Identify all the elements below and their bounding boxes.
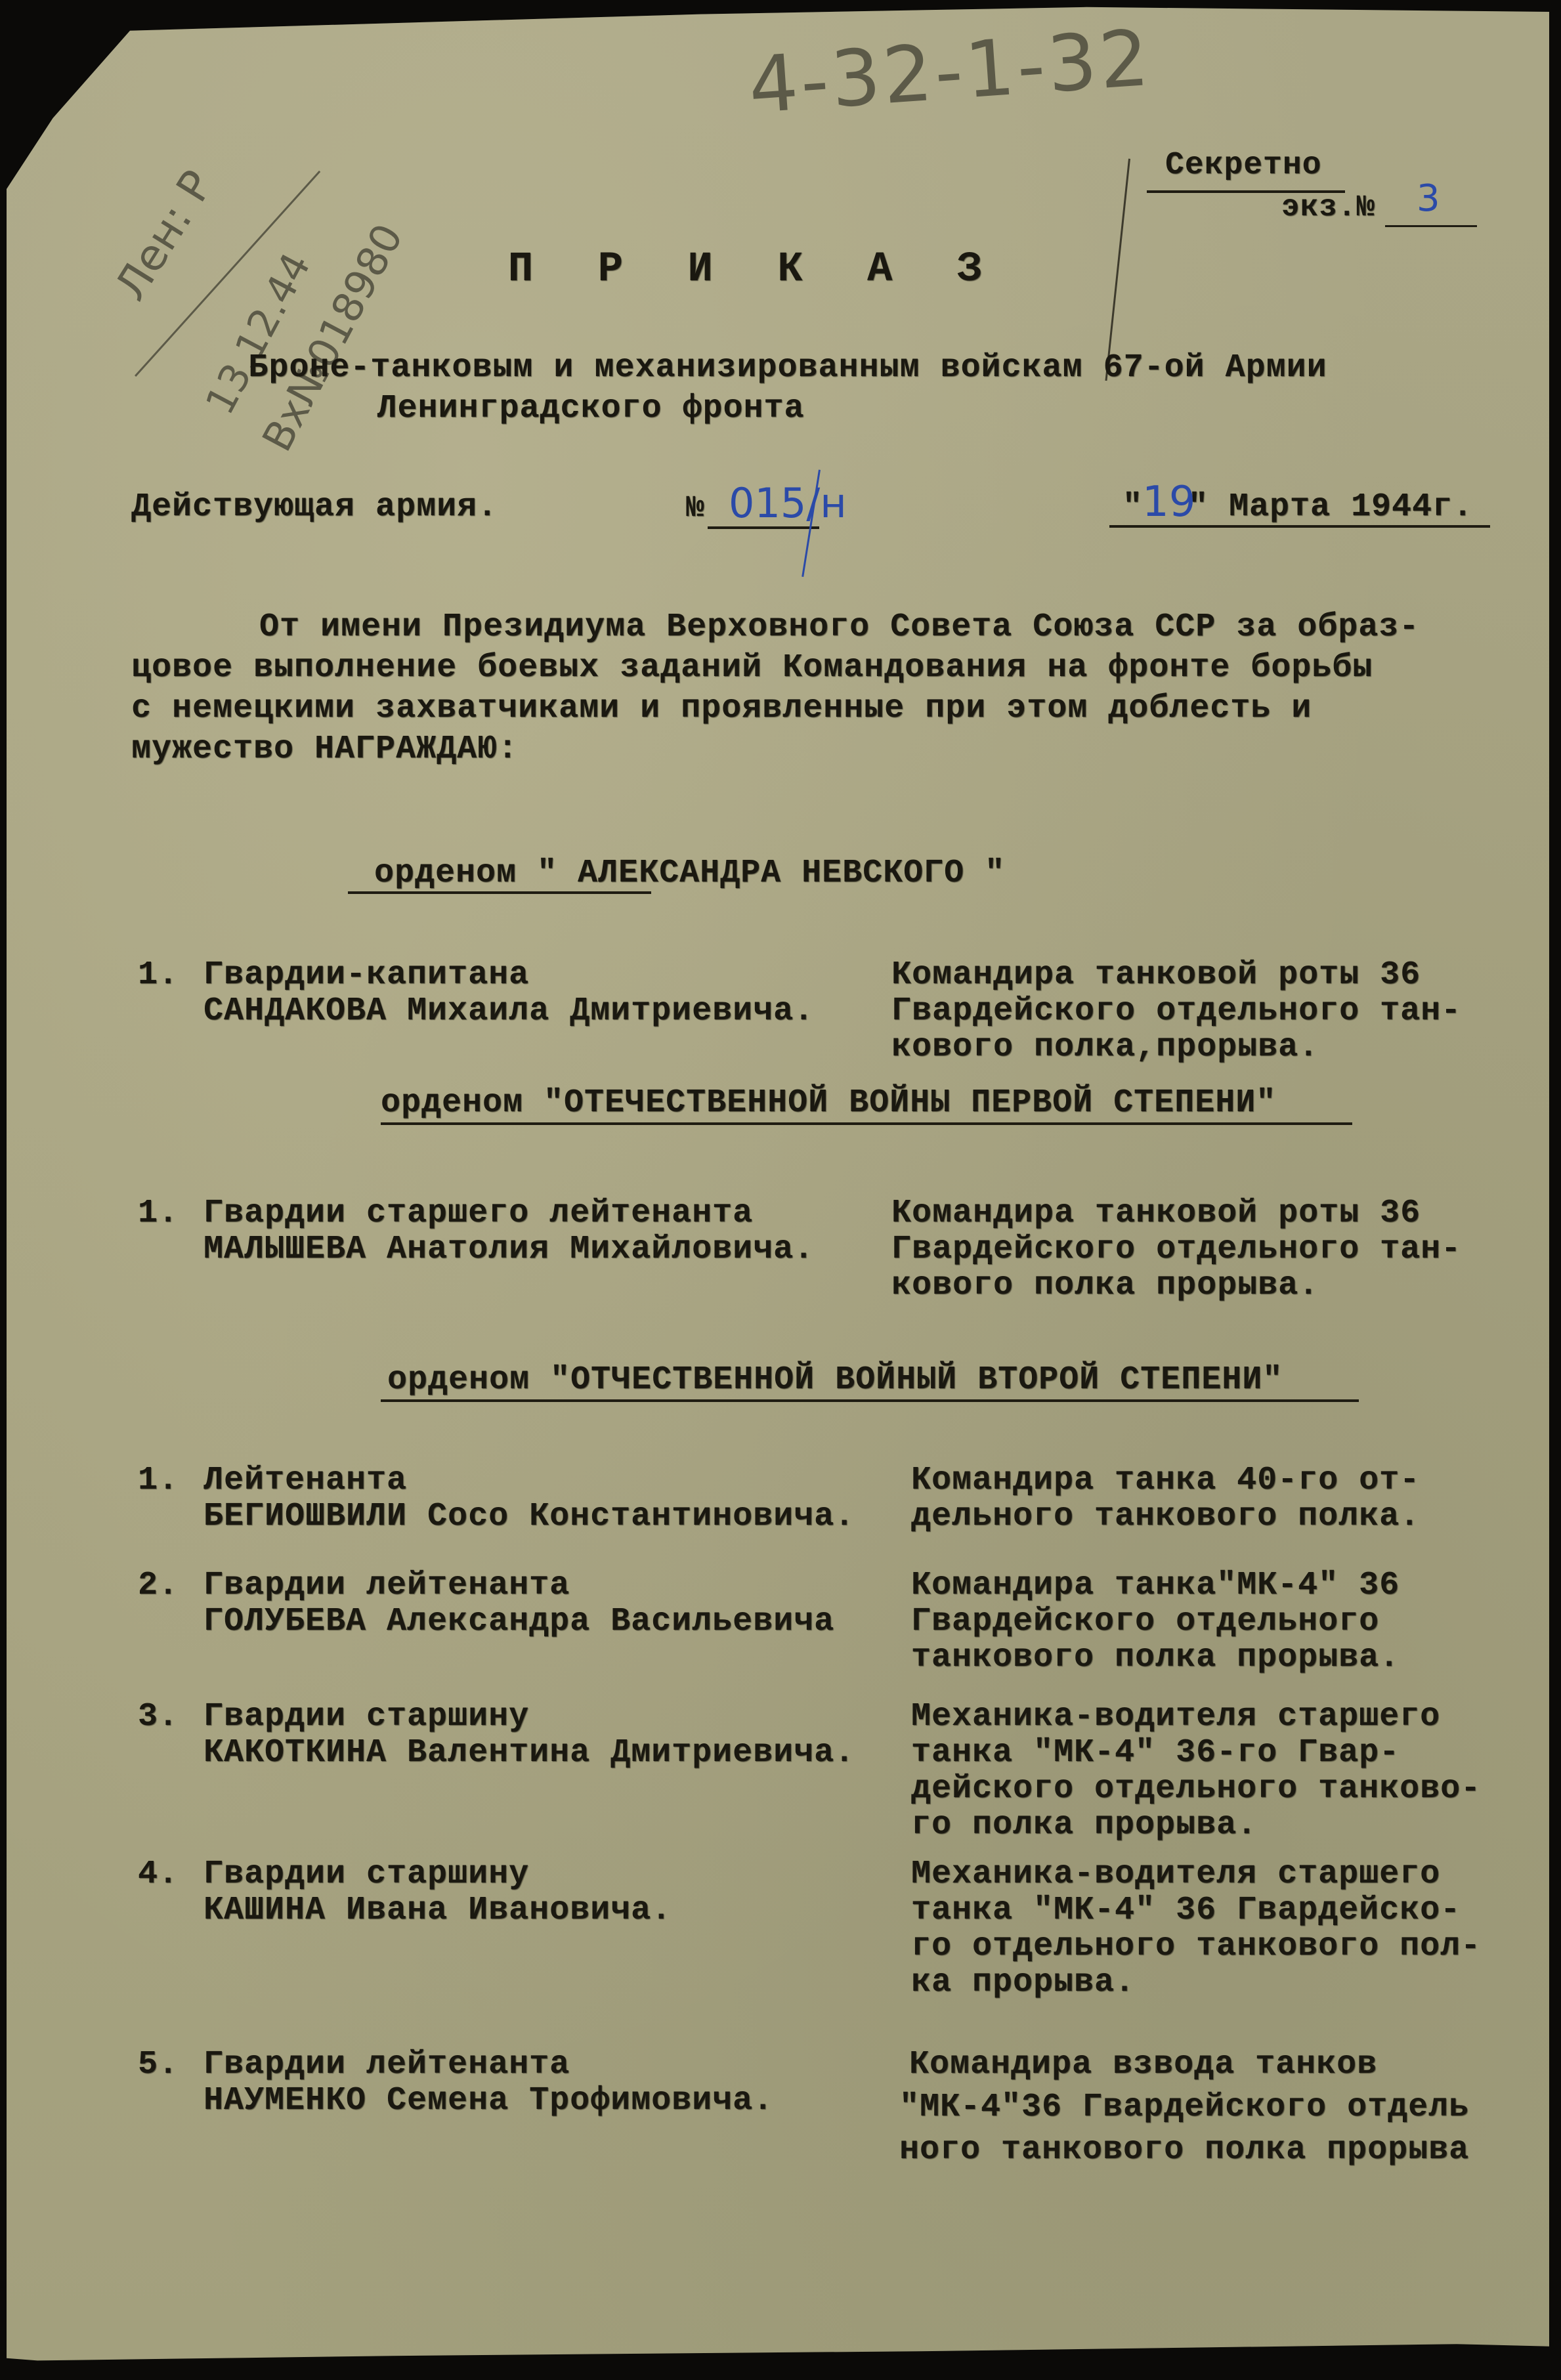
section-heading-patriotic-war-2-underline [381, 1399, 1359, 1402]
awardee-position-line: кового полка,прорыва. [891, 1027, 1319, 1068]
copy-number-label: экз.№ [1281, 190, 1375, 224]
awardee-position-line: танка "МК-4" 36-го Гвар- [911, 1733, 1400, 1774]
awardee-position-line: "МК-4"36 Гвардейского отдель [899, 2087, 1469, 2128]
awardee-position-line: Гвардейского отдельного тан- [891, 991, 1461, 1032]
awardee-position-line: Командира танка"МК-4" 36 [911, 1565, 1400, 1606]
awardee-name: КАКОТКИНА Валентина Дмитриевича. [203, 1733, 855, 1774]
preamble-line-4: мужество НАГРАЖДАЮ: [131, 729, 518, 770]
awardee-name: МАЛЫШЕВА Анатолия Михайловича. [203, 1229, 814, 1270]
awardee-position-line: го полка прорыва. [911, 1805, 1257, 1846]
section-heading-nevsky-underline [348, 891, 651, 894]
location-label: Действующая армия. [131, 487, 498, 528]
subtitle-line2: Ленинградского фронта [131, 389, 1050, 429]
awardee-position-line: дейского отдельного танково- [911, 1769, 1481, 1810]
date-underline [1109, 525, 1490, 528]
awardee-position-line: Гвардейского отдельного тан- [891, 1229, 1461, 1270]
awardee-number: 3. [138, 1697, 179, 1737]
awardee-number: 4. [138, 1854, 179, 1895]
awardee-position-line: го отдельного танкового пол- [911, 1926, 1481, 1967]
awardee-position-line: дельного танкового полка. [911, 1497, 1420, 1537]
awardee-name: БЕГИОШВИЛИ Сосо Константиновича. [203, 1497, 855, 1537]
preamble-line-3: с немецкими захватчиками и проявленные п… [131, 689, 1312, 729]
awardee-position-line: Механика-водителя старшего [911, 1854, 1440, 1895]
awardee-position-line: Механика-водителя старшего [911, 1697, 1440, 1737]
awardee-number: 5. [138, 2045, 179, 2085]
section-heading-patriotic-war-1-underline [381, 1122, 1352, 1125]
awardee-rank: Гвардии лейтенанта [203, 2045, 570, 2085]
subtitle-line1: Броне-танковым и механизированным войска… [131, 348, 1444, 389]
section-heading-patriotic-war-1: орденом "ОТЕЧЕСТВЕННОЙ ВОЙНЫ ПЕРВОЙ СТЕП… [381, 1083, 1276, 1124]
order-number-label: № [686, 491, 705, 525]
awardee-position-line: кового полка прорыва. [891, 1265, 1319, 1306]
preamble-line-2: цовое выполнение боевых заданий Командов… [131, 648, 1373, 689]
awardee-rank: Гвардии лейтенанта [203, 1565, 570, 1606]
awardee-position-line: Гвардейского отдельного [911, 1602, 1379, 1642]
preamble-line-1: От имени Президиума Верховного Совета Со… [259, 607, 1419, 648]
awardee-position-line: Командира танковой роты 36 [891, 1193, 1421, 1234]
section-heading-nevsky: орденом " АЛЕКСАНДРА НЕВСКОГО " [374, 853, 1005, 894]
awardee-number: 1. [138, 955, 179, 996]
awardee-name: САНДАКОВА Михаила Дмитриевича. [203, 991, 814, 1032]
awardee-position-line: танкового полка прорыва. [911, 1638, 1400, 1678]
awardee-position-line: Командира взвода танков [909, 2045, 1377, 2085]
order-number-value: 015/н [729, 479, 847, 527]
awardee-number: 2. [138, 1565, 179, 1606]
awardee-position-line: танка "МК-4" 36 Гвардейско- [911, 1890, 1461, 1931]
copy-number-value: 3 [1417, 177, 1440, 220]
awardee-rank: Гвардии-капитана [203, 955, 529, 996]
section-heading-patriotic-war-2: орденом "ОТЧЕСТВЕННОЙ ВОЙНЫЙ ВТОРОЙ СТЕП… [387, 1360, 1283, 1401]
awardee-name: ГОЛУБЕВА Александра Васильевича [203, 1602, 834, 1642]
document-title: П Р И К А З [394, 246, 1116, 293]
order-number-underline [708, 526, 819, 529]
copy-number-underline [1385, 225, 1477, 227]
classification-label: Секретно [1165, 148, 1321, 183]
awardee-position-line: Командира танковой роты 36 [891, 955, 1421, 996]
awardee-number: 1. [138, 1460, 179, 1501]
awardee-rank: Гвардии старшего лейтенанта [203, 1193, 753, 1234]
date-month-year: " Марта 1944г. [1188, 487, 1473, 528]
awardee-rank: Гвардии старшину [203, 1854, 529, 1895]
date-quote-open: " [1123, 487, 1143, 528]
awardee-number: 1. [138, 1193, 179, 1234]
awardee-position-line: Командира танка 40-го от- [911, 1460, 1420, 1501]
awardee-name: НАУМЕНКО Семена Трофимовича. [203, 2081, 773, 2121]
awardee-position-line: ка прорыва. [911, 1963, 1135, 2003]
awardee-name: КАШИНА Ивана Ивановича. [203, 1890, 672, 1931]
awardee-position-line: ного танкового полка прорыва [899, 2130, 1469, 2171]
awardee-rank: Гвардии старшину [203, 1697, 529, 1737]
awardee-rank: Лейтенанта [203, 1460, 407, 1501]
